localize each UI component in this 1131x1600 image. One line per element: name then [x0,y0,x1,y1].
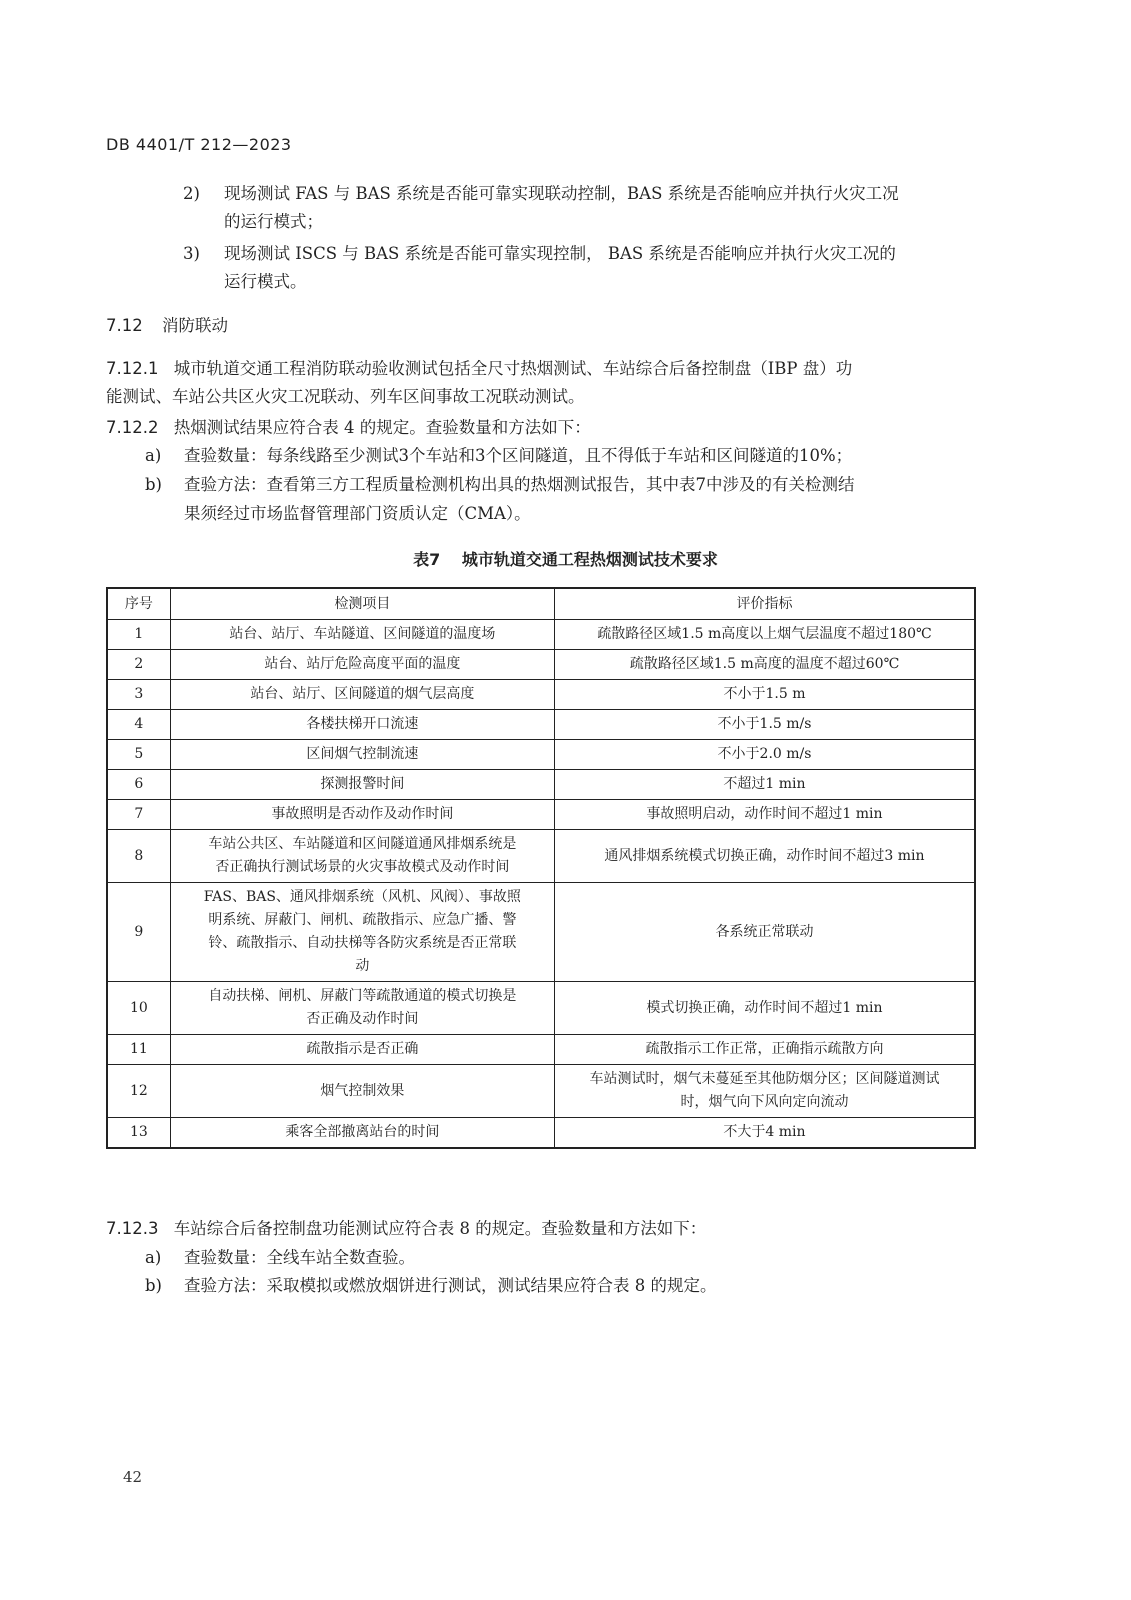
list-marker: b) [145,471,162,499]
table-row: 11 疏散指示是否正确 疏散指示工作正常，正确指示疏散方向 [107,1035,975,1065]
cell-criterion: 疏散指示工作正常，正确指示疏散方向 [555,1035,976,1065]
cell-item: 烟气控制效果 [170,1065,554,1118]
table-caption: 表7 城市轨道交通工程热烟测试技术要求 [0,547,1131,570]
list-text-line: 现场测试 ISCS 与 BAS 系统是否能可靠实现控制， BAS 系统是否能响应… [224,240,984,268]
list-marker: a) [145,1244,161,1272]
table-title: 城市轨道交通工程热烟测试技术要求 [462,550,718,569]
list-text-line: 运行模式。 [224,268,307,296]
cell-item: 事故照明是否动作及动作时间 [170,800,554,830]
cell-line: FAS、BAS、通风排烟系统（风机、风阀）、事故照 [175,886,550,909]
cell-item: 站台、站厅、区间隧道的烟气层高度 [170,680,554,710]
document-id: DB 4401/T 212—2023 [106,135,292,154]
table-row: 10 自动扶梯、闸机、屏蔽门等疏散通道的模式切换是 否正确及动作时间 模式切换正… [107,982,975,1035]
cell-criterion: 疏散路径区域1.5 m高度的温度不超过60℃ [555,650,976,680]
cell-item: 站台、站厅危险高度平面的温度 [170,650,554,680]
table-row: 6 探测报警时间 不超过1 min [107,770,975,800]
cell-item: 站台、站厅、车站隧道、区间隧道的温度场 [170,620,554,650]
table-row: 4 各楼扶梯开口流速 不小于1.5 m/s [107,710,975,740]
cell-line: 否正确及动作时间 [175,1008,550,1031]
list-text-line: 的运行模式； [224,208,323,236]
cell-item: 疏散指示是否正确 [170,1035,554,1065]
cell-item: 自动扶梯、闸机、屏蔽门等疏散通道的模式切换是 否正确及动作时间 [170,982,554,1035]
cell-item: FAS、BAS、通风排烟系统（风机、风阀）、事故照 明系统、屏蔽门、闸机、疏散指… [170,883,554,982]
cell-item: 探测报警时间 [170,770,554,800]
cell-item: 车站公共区、车站隧道和区间隧道通风排烟系统是 否正确执行测试场景的火灾事故模式及… [170,830,554,883]
clause-7-12-2: 7.12.2 热烟测试结果应符合表 4 的规定。查验数量和方法如下： [106,414,986,442]
cell-criterion: 各系统正常联动 [555,883,976,982]
cell-criterion: 不小于1.5 m [555,680,976,710]
cell-item: 乘客全部撤离站台的时间 [170,1118,554,1149]
header-cell-item: 检测项目 [170,588,554,620]
table-header-row: 序号 检测项目 评价指标 [107,588,975,620]
cell-criterion: 疏散路径区域1.5 m高度以上烟气层温度不超过180℃ [555,620,976,650]
section-heading: 7.12 消防联动 [106,312,228,340]
cell-line: 车站公共区、车站隧道和区间隧道通风排烟系统是 [175,833,550,856]
clause-text: 城市轨道交通工程消防联动验收测试包括全尺寸热烟测试、车站综合后备控制盘（IBP … [174,359,853,378]
cell-no: 3 [107,680,170,710]
cell-line: 自动扶梯、闸机、屏蔽门等疏散通道的模式切换是 [175,985,550,1008]
cell-no: 10 [107,982,170,1035]
cell-criterion: 不小于2.0 m/s [555,740,976,770]
table-row: 2 站台、站厅危险高度平面的温度 疏散路径区域1.5 m高度的温度不超过60℃ [107,650,975,680]
cell-item: 各楼扶梯开口流速 [170,710,554,740]
cell-no: 5 [107,740,170,770]
list-text-line: 果须经过市场监督管理部门资质认定（CMA）。 [184,500,531,528]
table-row: 8 车站公共区、车站隧道和区间隧道通风排烟系统是 否正确执行测试场景的火灾事故模… [107,830,975,883]
list-text-line: 查验数量：全线车站全数查验。 [184,1244,415,1272]
cell-no: 8 [107,830,170,883]
list-text-line: 查验方法：采取模拟或燃放烟饼进行测试，测试结果应符合表 8 的规定。 [184,1272,717,1300]
cell-criterion: 不大于4 min [555,1118,976,1149]
list-marker: b) [145,1272,162,1300]
cell-no: 7 [107,800,170,830]
section-number: 7.12 [106,316,143,335]
clause-number: 7.12.1 [106,359,158,378]
clause-number: 7.12.3 [106,1219,158,1238]
cell-no: 6 [107,770,170,800]
cell-item: 区间烟气控制流速 [170,740,554,770]
cell-line: 否正确执行测试场景的火灾事故模式及动作时间 [175,856,550,879]
clause-text-continuation: 能测试、车站公共区火灾工况联动、列车区间事故工况联动测试。 [106,383,986,411]
cell-no: 12 [107,1065,170,1118]
cell-line: 时，烟气向下风向定向流动 [559,1091,970,1114]
list-text-line: 查验数量：每条线路至少测试3个车站和3个区间隧道，且不得低于车站和区间隧道的10… [184,442,984,470]
clause-text: 热烟测试结果应符合表 4 的规定。查验数量和方法如下： [174,418,591,437]
clause-7-12-3: 7.12.3 车站综合后备控制盘功能测试应符合表 8 的规定。查验数量和方法如下… [106,1215,986,1243]
clause-7-12-1: 7.12.1 城市轨道交通工程消防联动验收测试包括全尺寸热烟测试、车站综合后备控… [106,355,986,411]
requirements-table: 序号 检测项目 评价指标 1 站台、站厅、车站隧道、区间隧道的温度场 疏散路径区… [106,587,976,1149]
list-marker: 3) [183,240,200,268]
section-title: 消防联动 [162,316,228,335]
list-marker: a) [145,442,161,470]
table-row: 3 站台、站厅、区间隧道的烟气层高度 不小于1.5 m [107,680,975,710]
list-marker: 2) [183,180,200,208]
page-number: 42 [123,1468,142,1486]
cell-criterion: 通风排烟系统模式切换正确，动作时间不超过3 min [555,830,976,883]
table-row: 5 区间烟气控制流速 不小于2.0 m/s [107,740,975,770]
cell-no: 1 [107,620,170,650]
table-row: 1 站台、站厅、车站隧道、区间隧道的温度场 疏散路径区域1.5 m高度以上烟气层… [107,620,975,650]
cell-criterion: 不小于1.5 m/s [555,710,976,740]
cell-line: 动 [175,955,550,978]
cell-no: 4 [107,710,170,740]
table-row: 12 烟气控制效果 车站测试时，烟气未蔓延至其他防烟分区；区间隧道测试 时，烟气… [107,1065,975,1118]
table-number: 表7 [413,550,440,569]
table-row: 9 FAS、BAS、通风排烟系统（风机、风阀）、事故照 明系统、屏蔽门、闸机、疏… [107,883,975,982]
table-row: 13 乘客全部撤离站台的时间 不大于4 min [107,1118,975,1149]
clause-number: 7.12.2 [106,418,158,437]
header-cell-no: 序号 [107,588,170,620]
list-text-line: 查验方法：查看第三方工程质量检测机构出具的热烟测试报告，其中表7中涉及的有关检测… [184,471,984,499]
cell-no: 13 [107,1118,170,1149]
cell-line: 明系统、屏蔽门、闸机、疏散指示、应急广播、警 [175,909,550,932]
clause-text: 车站综合后备控制盘功能测试应符合表 8 的规定。查验数量和方法如下： [174,1219,707,1238]
table-row: 7 事故照明是否动作及动作时间 事故照明启动，动作时间不超过1 min [107,800,975,830]
cell-criterion: 不超过1 min [555,770,976,800]
cell-no: 11 [107,1035,170,1065]
cell-no: 9 [107,883,170,982]
cell-criterion: 模式切换正确，动作时间不超过1 min [555,982,976,1035]
cell-line: 车站测试时，烟气未蔓延至其他防烟分区；区间隧道测试 [559,1068,970,1091]
cell-no: 2 [107,650,170,680]
cell-criterion: 车站测试时，烟气未蔓延至其他防烟分区；区间隧道测试 时，烟气向下风向定向流动 [555,1065,976,1118]
list-text-line: 现场测试 FAS 与 BAS 系统是否能可靠实现联动控制，BAS 系统是否能响应… [224,180,984,208]
header-cell-criterion: 评价指标 [555,588,976,620]
cell-line: 铃、疏散指示、自动扶梯等各防灾系统是否正常联 [175,932,550,955]
cell-criterion: 事故照明启动，动作时间不超过1 min [555,800,976,830]
